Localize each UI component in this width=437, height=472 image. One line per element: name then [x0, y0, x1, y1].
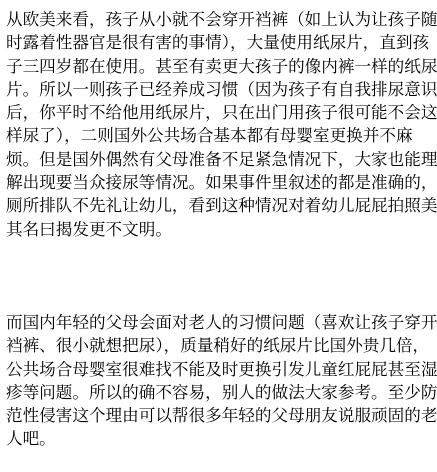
text-line: 人吧。	[6, 427, 434, 450]
text-line: 后，你平时不给他用纸尿片，只在出门用孩子很可能不会这	[6, 101, 434, 124]
text-line: 子三四岁都在使用。甚至有卖更大孩子的像内裤一样的纸尿	[6, 55, 434, 78]
paragraph-1: 从欧美来看，孩子从小就不会穿开裆裤（如上认为让孩子随 时露着性器官是很有害的事情…	[6, 8, 434, 241]
text-line: 时露着性器官是很有害的事情），大量使用纸尿片，直到孩	[6, 31, 434, 54]
text-line: 裆裤、很小就想把尿），质量稍好的纸尿片比国外贵几倍，	[6, 334, 434, 357]
text-line: 厕所排队不先礼让幼儿，看到这种情况对着幼儿屁屁拍照美	[6, 194, 434, 217]
text-line: 其名曰揭发更不文明。	[6, 218, 434, 241]
text-line: 样尿了），二则国外公共场合基本都有母婴室更换并不麻	[6, 124, 434, 147]
article-body: 从欧美来看，孩子从小就不会穿开裆裤（如上认为让孩子随 时露着性器官是很有害的事情…	[6, 8, 434, 451]
paragraph-2: 而国内年轻的父母会面对老人的习惯问题（喜欢让孩子穿开 裆裤、很小就想把尿），质量…	[6, 311, 434, 451]
text-line: 疹等问题。所以的确不容易，别人的做法大家参考。至少防	[6, 381, 434, 404]
text-line: 而国内年轻的父母会面对老人的习惯问题（喜欢让孩子穿开	[6, 311, 434, 334]
text-line: 范性侵害这个理由可以帮很多年轻的父母朋友说服顽固的老	[6, 404, 434, 427]
text-line: 从欧美来看，孩子从小就不会穿开裆裤（如上认为让孩子随	[6, 8, 434, 31]
paragraph-spacer	[6, 241, 434, 311]
text-line: 片。所以一则孩子已经养成习惯（因为孩子有自我排尿意识	[6, 78, 434, 101]
text-line: 解出现要当众接尿等情况。如果事件里叙述的都是准确的，	[6, 171, 434, 194]
text-line: 公共场合母婴室很难找不能及时更换引发儿童红屁屁甚至湿	[6, 358, 434, 381]
text-line: 烦。但是国外偶然有父母准备不足紧急情况下，大家也能理	[6, 148, 434, 171]
